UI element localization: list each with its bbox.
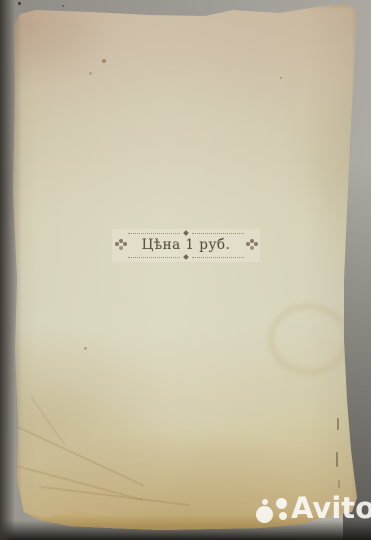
cover-edge-shadow-top [0,0,371,10]
dotted-rule [128,257,180,258]
label-main-row: Цѣна 1 руб. [114,237,258,253]
book-cover: Цѣна 1 руб. [0,0,371,540]
foxing-speck [89,72,92,75]
background-speck [62,5,64,7]
dotted-rule [192,257,244,258]
diamond-ornament-icon [183,254,189,260]
label-top-rule [114,231,258,235]
photo-scene: Цѣна 1 руб. Avito [0,0,371,540]
cover-crease [30,396,66,446]
avito-watermark: Avito [251,489,369,529]
background-speck [18,2,21,5]
cover-crease [40,486,189,506]
foxing-speck [102,59,106,63]
dotted-rule [192,233,244,234]
avito-watermark-text: Avito [291,489,371,527]
cover-edge-shadow-left [10,0,22,540]
stitch-mark [338,480,340,488]
stitch-mark [337,418,339,430]
foxing-speck [280,77,282,79]
cover-crease [16,426,144,487]
stitch-mark [336,452,338,467]
avito-logo-icon [256,506,273,523]
dotted-rule [128,233,180,234]
avito-logo-icon [262,499,268,505]
avito-logo-icon [279,512,287,520]
avito-logo-icon [276,498,287,509]
fleuron-left-icon [115,239,126,251]
foxing-speck [84,347,87,350]
water-stain [268,303,350,375]
fleuron-right-icon [246,239,257,251]
price-label-text: Цѣна 1 руб. [142,237,231,253]
diamond-ornament-icon [183,230,189,236]
price-label: Цѣна 1 руб. [112,229,260,262]
label-bottom-rule [114,255,258,259]
